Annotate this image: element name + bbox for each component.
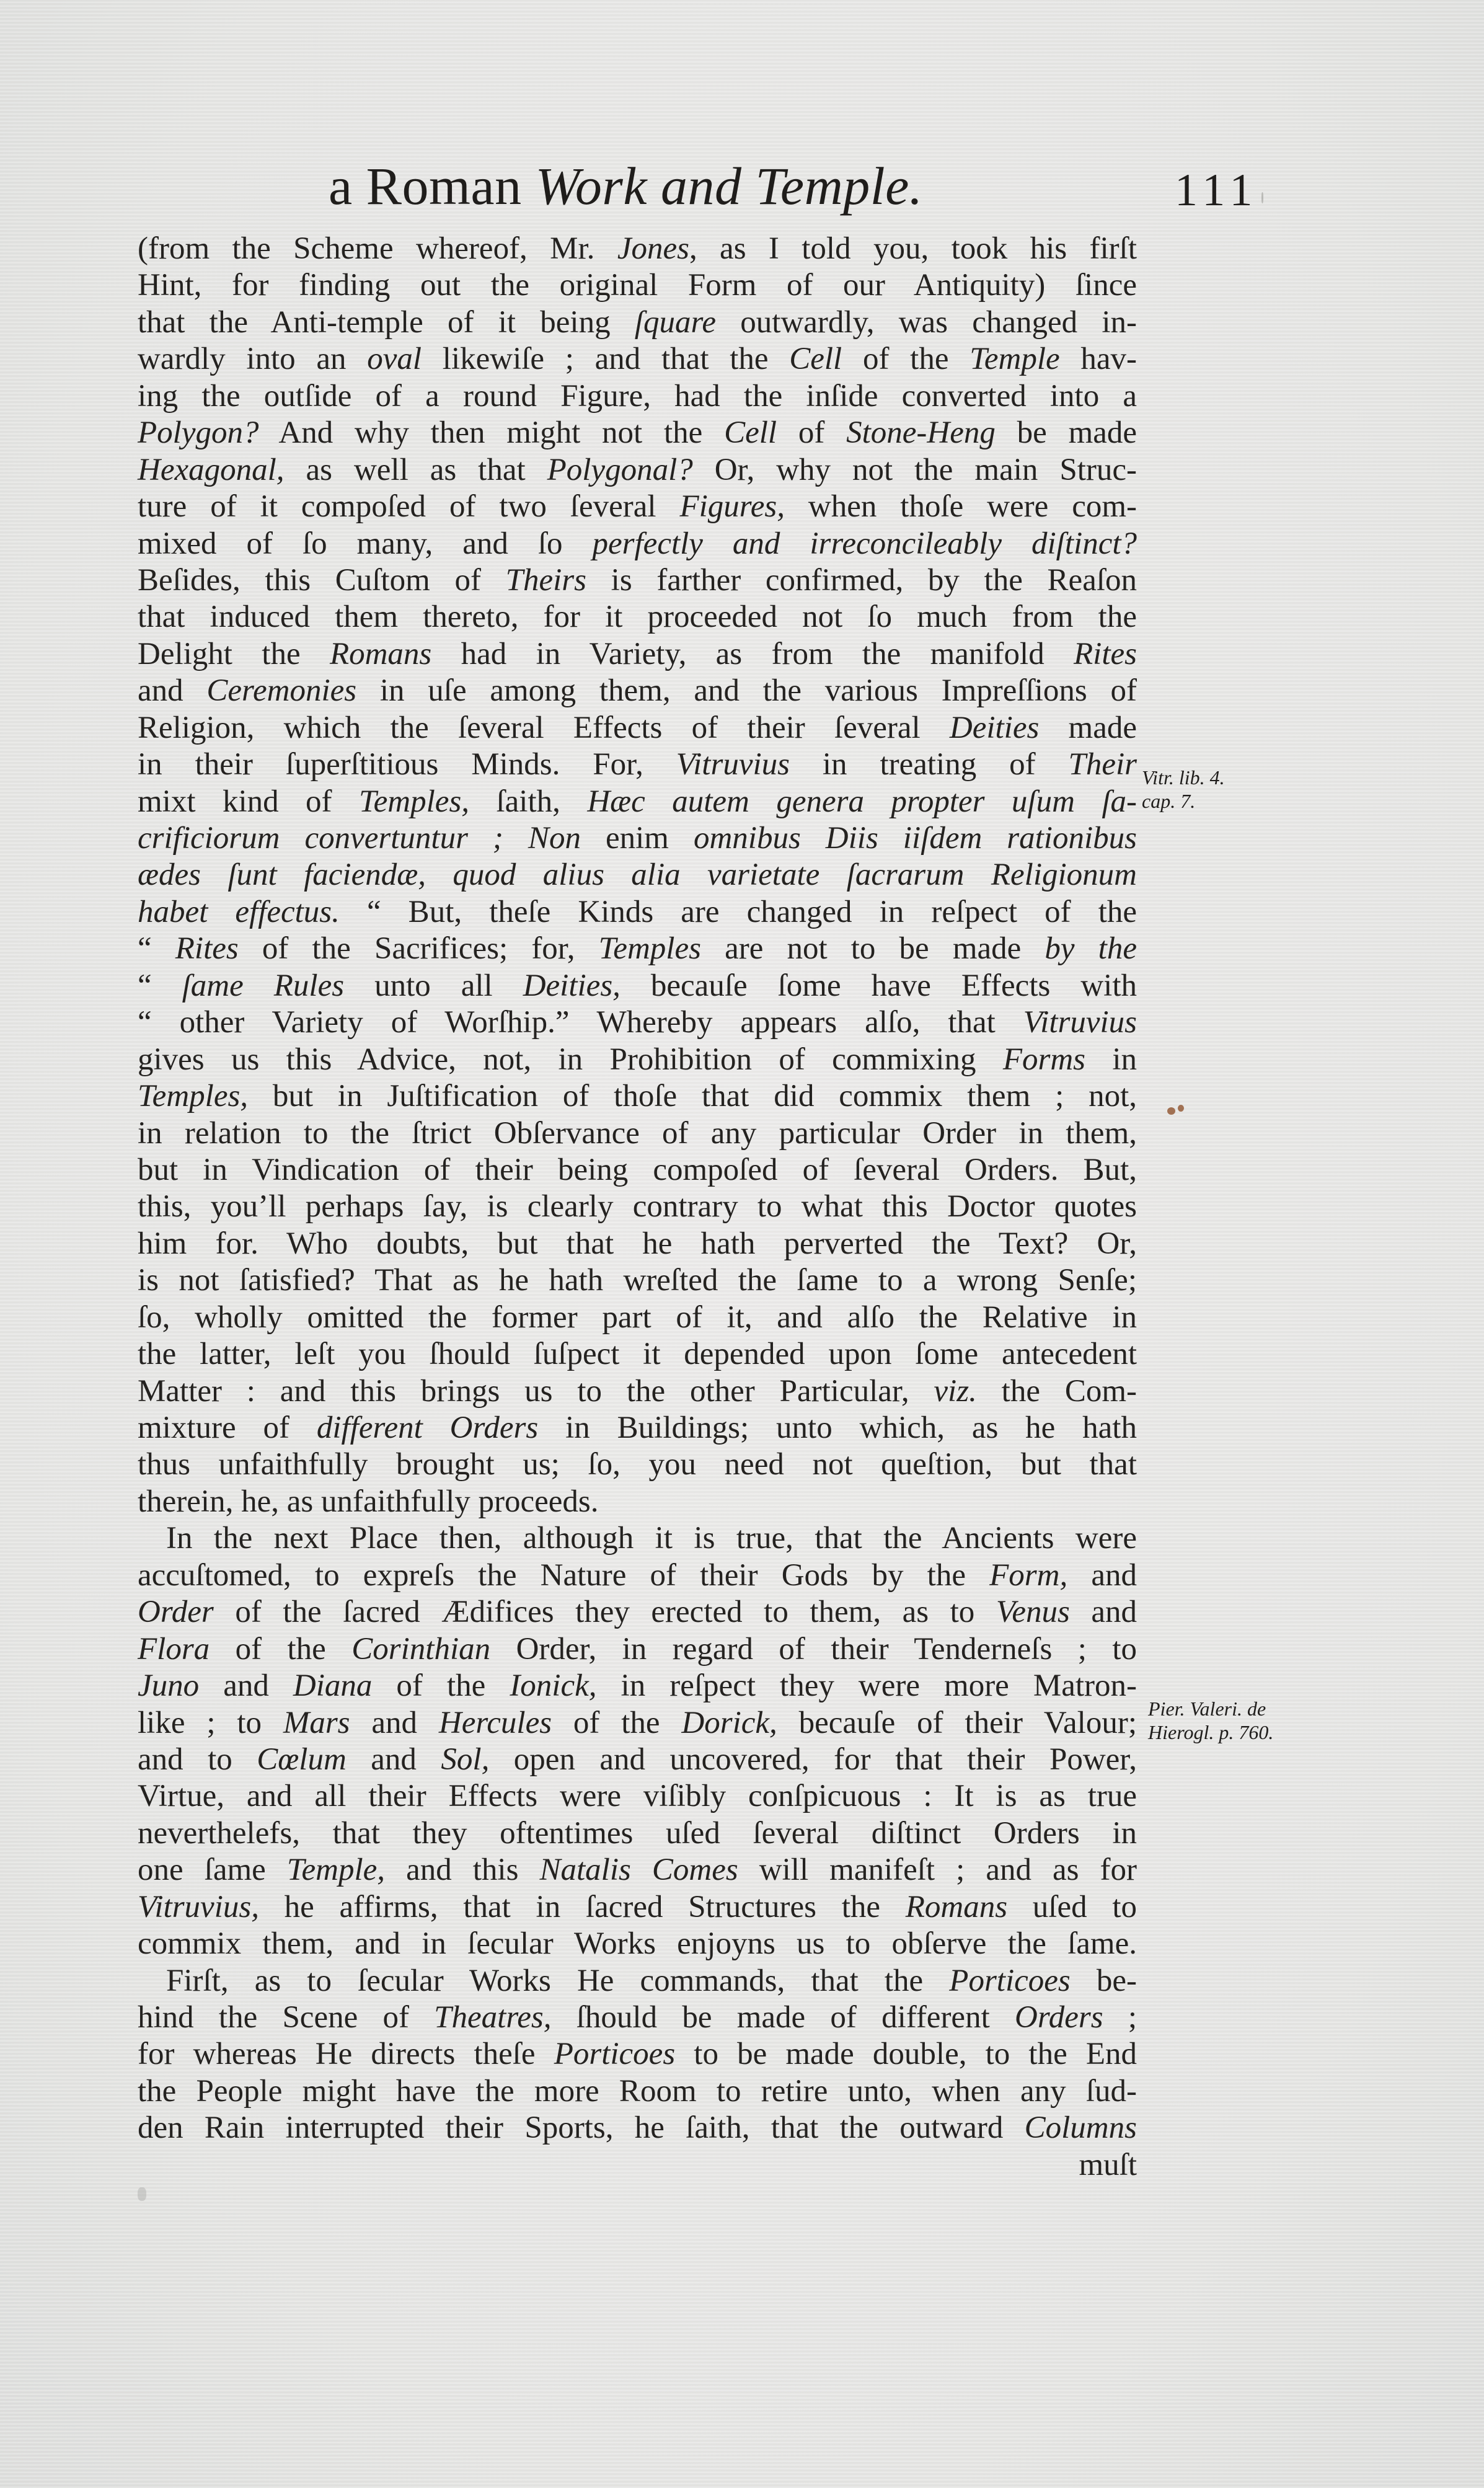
text-line: “ Rites of the Sacrifices; for, Temples … [138,931,1137,967]
roman-text: he affirms, that in ſacred Structures th… [259,1890,906,1924]
text-line: and Ceremonies in uſe among them, and th… [138,673,1137,709]
italic-text: Deities [950,711,1039,745]
roman-text: becauſe of their Valour; [777,1706,1137,1740]
roman-text: of the [210,1632,351,1667]
italic-text: Theatres, [434,2000,551,2035]
roman-text: hind the Scene of [138,2000,434,2035]
italic-text: Rites [175,931,239,966]
roman-text: that the Anti-temple of it being [138,305,635,340]
roman-text: and [199,1668,293,1703]
roman-text: the Com- [977,1374,1137,1409]
roman-text: “ But, theſe Kinds are changed in reſpec… [340,895,1137,929]
italic-text: by the [1045,931,1137,966]
text-line: neverthelefs, that they oftentimes uſed … [138,1815,1137,1852]
roman-text: den Rain interrupted their Sports, he ſa… [138,2110,1025,2145]
roman-text: ; [1103,2000,1137,2035]
roman-text: In the next Place then, although it is t… [166,1521,1137,1556]
italic-text: Romans [330,637,431,671]
italic-text: ſquare [635,305,716,340]
margin-note-line: Hierogl. p. 760. [1148,1720,1273,1744]
italic-text: oval [367,342,422,376]
text-line: Temples, but in Juſtification of thoſe t… [138,1078,1137,1115]
roman-text: hav- [1060,342,1137,376]
roman-text: Beſides, this Cuſtom of [138,563,506,598]
italic-text: omnibus Diis iiſdem rationibus [694,821,1137,856]
italic-text: Corinthian [351,1632,490,1667]
italic-text: Vitruvius, [138,1890,259,1924]
roman-text: gives us this Advice, not, in Prohibitio… [138,1042,1003,1077]
italic-text: Flora [138,1632,210,1667]
roman-text: “ other Variety of Worſhip.” Whereby app… [138,1005,1023,1040]
roman-text: mixed of ſo many, and ſo [138,526,593,561]
roman-text: in Buildings; unto which, as he hath [538,1410,1137,1445]
text-line: Virtue, and all their Effects were viſib… [138,1778,1137,1815]
italic-text: Juno [138,1668,199,1703]
roman-text: in treating of [790,747,1069,782]
text-line: commix them, and in ſecular Works enjoyn… [138,1926,1137,1962]
roman-text: of the [372,1668,510,1703]
roman-text: and [350,1706,439,1740]
roman-text: muſt [1079,2148,1137,2182]
text-line: mixed of ſo many, and ſo perfectly and i… [138,526,1137,562]
text-line: “ other Variety of Worſhip.” Whereby app… [138,1004,1137,1041]
roman-text: Matter : and this brings us to the other… [138,1374,934,1409]
text-line: but in Vindication of their being compoſ… [138,1152,1137,1189]
text-line: the People might have the more Room to r… [138,2073,1137,2110]
italic-text: Columns [1025,2110,1137,2145]
roman-text: Hint, for finding out the original Form … [138,268,1137,303]
italic-text: Romans [906,1890,1007,1924]
roman-text: and [347,1742,441,1777]
text-line: him for. Who doubts, but that he hath pe… [138,1226,1137,1262]
running-head: a Roman Work and Temple. [329,155,1147,217]
foxing-stain [1167,1107,1175,1115]
italic-text: Temple, [287,1853,385,1887]
italic-text: Venus [996,1595,1070,1629]
italic-text: perfectly and irreconcileably diſtinct? [593,526,1137,561]
roman-text: in uſe among them, and the various Impre… [356,673,1137,708]
foxing-stain [1178,1105,1184,1112]
italic-text: viz. [934,1374,976,1409]
roman-text: neverthelefs, that they oftentimes uſed … [138,1816,1137,1851]
roman-text: mixt kind of [138,784,359,819]
roman-text: and [138,673,206,708]
italic-text: habet effectus. [138,895,340,929]
roman-text: of the Sacrifices; for, [239,931,599,966]
roman-text: “ [138,931,175,966]
smudge-mark [1261,192,1263,203]
text-line: ſo, wholly omitted the former part of it… [138,1299,1137,1336]
roman-text: of the [552,1706,681,1740]
text-line: “ ſame Rules unto all Deities, becauſe ſ… [138,968,1137,1004]
roman-text: mixture of [138,1410,317,1445]
roman-text: but in Juſtification of thoſe that did c… [248,1079,1137,1113]
text-line: like ; to Mars and Hercules of the Doric… [138,1705,1137,1742]
italic-text: Orders [1015,2000,1103,2035]
italic-text: Rites [1074,637,1137,671]
italic-text: Sol, [441,1742,489,1777]
italic-text: Temples, [138,1079,248,1113]
italic-text: crificiorum convertuntur ; [138,821,503,856]
italic-text: ædes ſunt faciendæ, quod alius alia vari… [138,857,1137,892]
text-line: Order of the ſacred Ædifices they erecte… [138,1594,1137,1631]
italic-text: Ionick, [510,1668,596,1703]
roman-text: be made [996,415,1137,450]
roman-text: therein, he, as unfaithfully proceeds. [138,1484,598,1519]
roman-text: and to [138,1742,257,1777]
italic-text: Temple [969,342,1059,376]
roman-text: is not ſatisfied? That as he hath wreſte… [138,1263,1137,1298]
roman-text: likewiſe ; and that the [422,342,789,376]
roman-text: had in Variety, as from the manifold [431,637,1074,671]
roman-text: and this [385,1853,539,1887]
italic-text: Polygonal? [547,453,693,487]
italic-text: Non [503,821,581,856]
roman-text: will manifeſt ; and as for [738,1853,1137,1887]
italic-text: Polygon? [138,415,258,450]
text-line: Firſt, as to ſecular Works He commands, … [138,1963,1137,1999]
text-line: accuſtomed, to expreſs the Nature of the… [138,1557,1137,1594]
text-line: Beſides, this Cuſtom of Theirs is farthe… [138,562,1137,599]
roman-text: him for. Who doubts, but that he hath pe… [138,1226,1137,1261]
roman-text: that induced them thereto, for it procee… [138,600,1137,634]
roman-text: when thoſe were com- [785,489,1137,524]
text-line: Hexagonal, as well as that Polygonal? Or… [138,452,1137,489]
roman-text: ſhould be made of different [552,2000,1015,2035]
roman-text: accuſtomed, to expreſs the Nature of the… [138,1558,989,1593]
roman-text: in reſpect they were more Matron- [597,1668,1137,1703]
text-line: Polygon? And why then might not the Cell… [138,415,1137,451]
margin-note-line: Vitr. lib. 4. [1142,766,1225,789]
text-line: the latter, leſt you ſhould ſuſpect it d… [138,1336,1137,1373]
roman-text: becauſe ſome have Effects with [621,968,1137,1003]
text-line: Matter : and this brings us to the other… [138,1373,1137,1410]
text-line: gives us this Advice, not, in Prohibitio… [138,1042,1137,1078]
roman-text: wardly into an [138,342,367,376]
italic-text: Natalis Comes [540,1853,738,1887]
text-line: Vitruvius, he affirms, that in ſacred St… [138,1889,1137,1926]
text-line: ædes ſunt faciendæ, quod alius alia vari… [138,857,1137,893]
roman-text: made [1039,711,1137,745]
roman-text: thus unfaithfully brought us; ſo, you ne… [138,1447,1137,1482]
italic-text: Jones [617,231,689,266]
roman-text: outwardly, was changed in- [716,305,1137,340]
roman-text: “ [138,968,182,1003]
roman-text: of the ſacred Ædifices they erected to t… [214,1595,996,1629]
text-line: for whereas He directs theſe Porticoes t… [138,2036,1137,2073]
text-line: In the next Place then, although it is t… [138,1520,1137,1557]
text-line: mixt kind of Temples, ſaith, Hæc autem g… [138,784,1137,820]
text-line: is not ſatisfied? That as he hath wreſte… [138,1262,1137,1299]
smudge-mark [138,2187,146,2201]
roman-text: and [1070,1595,1137,1629]
roman-text: one ſame [138,1853,287,1887]
italic-text: Vitruvius [676,747,790,782]
roman-text: to be made double, to the End [675,2037,1137,2071]
roman-text: are not to be made [701,931,1045,966]
catchword: muſt [138,2147,1137,2184]
roman-text: uſed to [1007,1890,1137,1924]
italic-text: Cell [724,415,777,450]
italic-text: Order [138,1595,214,1629]
roman-text: but in Vindication of their being compoſ… [138,1153,1137,1187]
roman-text: (from the Scheme whereof, Mr. [138,231,617,266]
roman-text: Virtue, and all their Effects were viſib… [138,1779,1137,1813]
roman-text: this, you’ll perhaps ſay, is clearly con… [138,1189,1137,1224]
roman-text: open and uncovered, for that their Power… [489,1742,1137,1777]
roman-text: , as I told you, took his firſt [689,231,1137,266]
roman-text: be- [1071,1963,1137,1998]
roman-text: unto all [344,968,523,1003]
italic-text: Hæc autem genera propter uſum ſa- [587,784,1137,819]
roman-text: in their ſuperſtitious Minds. For, [138,747,676,782]
roman-text: and [1067,1558,1137,1593]
text-line: ture of it compoſed of two ſeveral Figur… [138,489,1137,525]
roman-text: in [1085,1042,1137,1077]
roman-text: the People might have the more Room to r… [138,2074,1137,2109]
text-line: Hint, for finding out the original Form … [138,267,1137,304]
italic-text: Stone-Heng [846,415,996,450]
text-line: this, you’ll perhaps ſay, is clearly con… [138,1189,1137,1225]
italic-text: Cœlum [257,1742,347,1777]
roman-text: Or, why not the main Struc- [693,453,1137,487]
italic-text: ſame Rules [182,968,344,1003]
roman-text: Order, in regard of their Tenderneſs ; t… [490,1632,1137,1667]
italic-text: Porticoes [554,2037,675,2071]
roman-text: ture of it compoſed of two ſeveral [138,489,679,524]
text-line: that induced them thereto, for it procee… [138,599,1137,635]
italic-text: Forms [1003,1042,1085,1077]
text-line: Delight the Romans had in Variety, as fr… [138,636,1137,673]
roman-text: enim [581,821,694,856]
text-line: habet effectus. “ But, theſe Kinds are c… [138,894,1137,931]
text-line: therein, he, as unfaithfully proceeds. [138,1484,1137,1520]
roman-text: commix them, and in ſecular Works enjoyn… [138,1926,1137,1961]
italic-text: different Orders [317,1410,538,1445]
margin-note-line: cap. 7. [1142,789,1225,813]
italic-text: Dorick, [681,1706,777,1740]
roman-text: And why then might not the [258,415,724,450]
italic-text: Deities, [523,968,621,1003]
text-line: thus unfaithfully brought us; ſo, you ne… [138,1446,1137,1483]
text-line: that the Anti-temple of it being ſquare … [138,304,1137,341]
roman-text: ſo, wholly omitted the former part of it… [138,1300,1137,1335]
roman-text: the latter, leſt you ſhould ſuſpect it d… [138,1337,1137,1371]
roman-text: as well as that [285,453,547,487]
italic-text: Cell [789,342,842,376]
italic-text: Mars [283,1706,350,1740]
italic-text: Ceremonies [206,673,356,708]
italic-text: Form, [989,1558,1067,1593]
roman-text: of [777,415,846,450]
text-line: one ſame Temple, and this Natalis Comes … [138,1852,1137,1888]
italic-text: Theirs [506,563,586,598]
text-line: wardly into an oval likewiſe ; and that … [138,341,1137,378]
margin-note: Pier. Valeri. deHierogl. p. 760. [1148,1697,1273,1744]
roman-text: for whereas He directs theſe [138,2037,554,2071]
roman-text: ing the outſide of a round Figure, had t… [138,379,1137,414]
text-line: Religion, which the ſeveral Effects of t… [138,710,1137,746]
italic-text: Hercules [439,1706,552,1740]
text-line: (from the Scheme whereof, Mr. Jones, as … [138,231,1137,267]
running-head-italic: Work and Temple. [536,156,923,216]
text-line: mixture of different Orders in Buildings… [138,1410,1137,1446]
text-line: ing the outſide of a round Figure, had t… [138,378,1137,415]
roman-text: of the [842,342,969,376]
roman-text: ſaith, [469,784,587,819]
margin-note: Vitr. lib. 4.cap. 7. [1142,766,1225,813]
italic-text: Porticoes [949,1963,1070,1998]
text-line: and to Cœlum and Sol, open and uncovered… [138,1742,1137,1778]
italic-text: Vitruvius [1023,1005,1137,1040]
italic-text: Diana [293,1668,373,1703]
italic-text: Their [1068,747,1137,782]
text-line: Juno and Diana of the Ionick, in reſpect… [138,1668,1137,1704]
text-line: crificiorum convertuntur ; Non enim omni… [138,820,1137,857]
italic-text: Hexagonal, [138,453,285,487]
italic-text: Temples, [359,784,469,819]
text-line: hind the Scene of Theatres, ſhould be ma… [138,1999,1137,2036]
roman-text: is farther confirmed, by the Reaſon [586,563,1137,598]
roman-text: Religion, which the ſeveral Effects of t… [138,711,950,745]
italic-text: Temples [599,931,701,966]
running-head-roman: a Roman [329,156,536,216]
body-text: (from the Scheme whereof, Mr. Jones, as … [138,231,1137,2184]
text-line: Flora of the Corinthian Order, in regard… [138,1631,1137,1668]
italic-text: Figures, [679,489,785,524]
margin-note-line: Pier. Valeri. de [1148,1697,1273,1720]
roman-text: in relation to the ſtrict Obſervance of … [138,1116,1137,1151]
book-page: a Roman Work and Temple. 111 (from the S… [0,0,1484,2488]
page-number: 111 [1175,162,1259,218]
text-line: in their ſuperſtitious Minds. For, Vitru… [138,746,1137,783]
roman-text: Firſt, as to ſecular Works He commands, … [166,1963,949,1998]
text-line: den Rain interrupted their Sports, he ſa… [138,2110,1137,2146]
roman-text: like ; to [138,1706,283,1740]
text-line: in relation to the ſtrict Obſervance of … [138,1115,1137,1152]
roman-text: Delight the [138,637,330,671]
